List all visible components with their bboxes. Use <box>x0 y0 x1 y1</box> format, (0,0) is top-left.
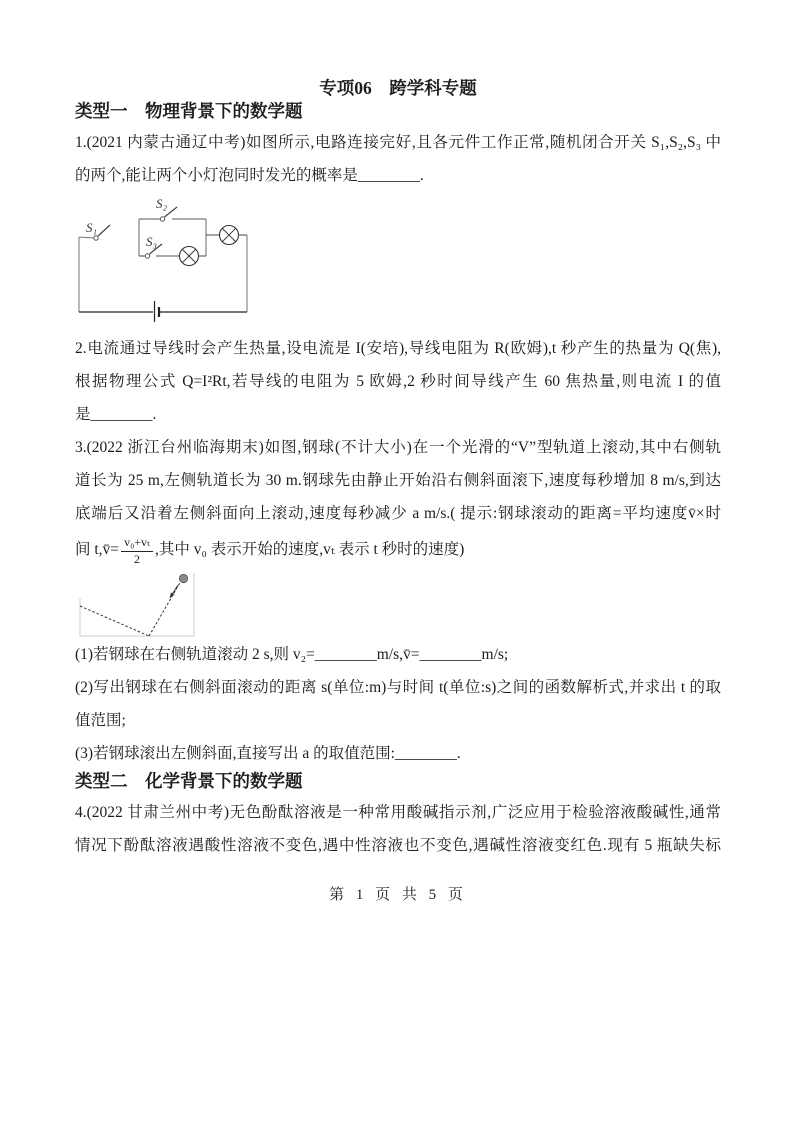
worksheet-page: 专项06 跨学科专题 类型一 物理背景下的数学题 1.(2021 内蒙古通辽中考… <box>0 0 793 1122</box>
question-2-line: 根据物理公式 Q=I²Rt,若导线的电阻为 5 欧姆,2 秒时间导线产生 60 … <box>75 365 721 398</box>
question-1-line: 的两个,能让两个小灯泡同时发光的概率是________. <box>75 159 721 192</box>
switch-s3-label: S₃ <box>146 234 157 249</box>
frame-lines <box>80 573 194 636</box>
switch-s3-icon: S₃ <box>139 234 162 258</box>
question-4-line: 情况下酚酞溶液遇酸性溶液不变色,遇中性溶液也不变色,遇碱性溶液变红色.现有 5 … <box>75 829 721 862</box>
question-3-formula-line: 间 t,v̄=v₀+vₜ2,其中 v₀ 表示开始的速度,vₜ 表示 t 秒时的速… <box>75 530 721 570</box>
section-heading-type1: 类型一 物理背景下的数学题 <box>75 100 721 122</box>
switch-s2-icon: S₂ <box>139 196 206 221</box>
page-title: 专项06 跨学科专题 <box>75 0 721 100</box>
formula-suffix: ,其中 v₀ 表示开始的速度,vₜ 表示 t 秒时的速度) <box>155 541 464 558</box>
question-3-line: 底端后又沿着左侧斜面向上滚动,速度每秒减少 a m/s.( 提示:钢球滚动的距离… <box>75 497 721 530</box>
question-1: 1.(2021 内蒙古通辽中考)如图所示,电路连接完好,且各元件工作正常,随机闭… <box>75 126 721 192</box>
lamp-icon <box>156 247 206 266</box>
motion-arrow-icon <box>170 585 179 599</box>
subquestion-1: (1)若钢球在右侧轨道滚动 2 s,则 v₂=________m/s,v̄=__… <box>75 638 721 671</box>
subquestion-3: (3)若钢球滚出左侧斜面,直接写出 a 的取值范围:________. <box>75 737 721 770</box>
question-1-line: 1.(2021 内蒙古通辽中考)如图所示,电路连接完好,且各元件工作正常,随机闭… <box>75 126 721 159</box>
question-2: 2.电流通过导线时会产生热量,设电流是 I(安培),导线电阻为 R(欧姆),t … <box>75 332 721 431</box>
question-3: 3.(2022 浙江台州临海期末)如图,钢球(不计大小)在一个光滑的“V”型轨道… <box>75 431 721 570</box>
question-3-line: 3.(2022 浙江台州临海期末)如图,钢球(不计大小)在一个光滑的“V”型轨道… <box>75 431 721 464</box>
section-heading-type2: 类型二 化学背景下的数学题 <box>75 770 721 792</box>
page-number-footer: 第 1 页 共 5 页 <box>75 886 721 904</box>
switch-s1-label: S₁ <box>86 220 97 235</box>
question-3-line: 道长为 25 m,左侧轨道长为 30 m.钢球先由静止开始沿右侧斜面滚下,速度每… <box>75 464 721 497</box>
v-track-slopes <box>80 581 181 636</box>
lamp-icon <box>206 226 247 245</box>
fraction-numerator: v₀+vₜ <box>121 536 153 552</box>
fraction-denominator: 2 <box>121 552 153 567</box>
subquestion-2-line: 值范围; <box>75 704 721 737</box>
question-3-subquestions: (1)若钢球在右侧轨道滚动 2 s,则 v₂=________m/s,v̄=__… <box>75 638 721 770</box>
subquestion-2-line: (2)写出钢球在右侧斜面滚动的距离 s(单位:m)与时间 t(单位:s)之间的函… <box>75 671 721 704</box>
formula-prefix: 间 t,v̄= <box>75 541 119 558</box>
switch-s2-label: S₂ <box>156 196 168 211</box>
battery-icon <box>79 301 247 322</box>
question-4-line: 4.(2022 甘肃兰州中考)无色酚酞溶液是一种常用酸碱指示剂,广泛应用于检验溶… <box>75 796 721 829</box>
question-4: 4.(2022 甘肃兰州中考)无色酚酞溶液是一种常用酸碱指示剂,广泛应用于检验溶… <box>75 796 721 862</box>
question-2-line: 2.电流通过导线时会产生热量,设电流是 I(安培),导线电阻为 R(欧姆),t … <box>75 332 721 365</box>
steel-ball-icon <box>179 574 187 582</box>
v-track-diagram <box>75 572 199 638</box>
average-velocity-fraction: v₀+vₜ2 <box>121 536 153 567</box>
question-2-line: 是________. <box>75 398 721 431</box>
switch-s1-icon: S₁ <box>79 220 110 240</box>
circuit-diagram: S₁ S₂ S₃ <box>75 194 255 322</box>
